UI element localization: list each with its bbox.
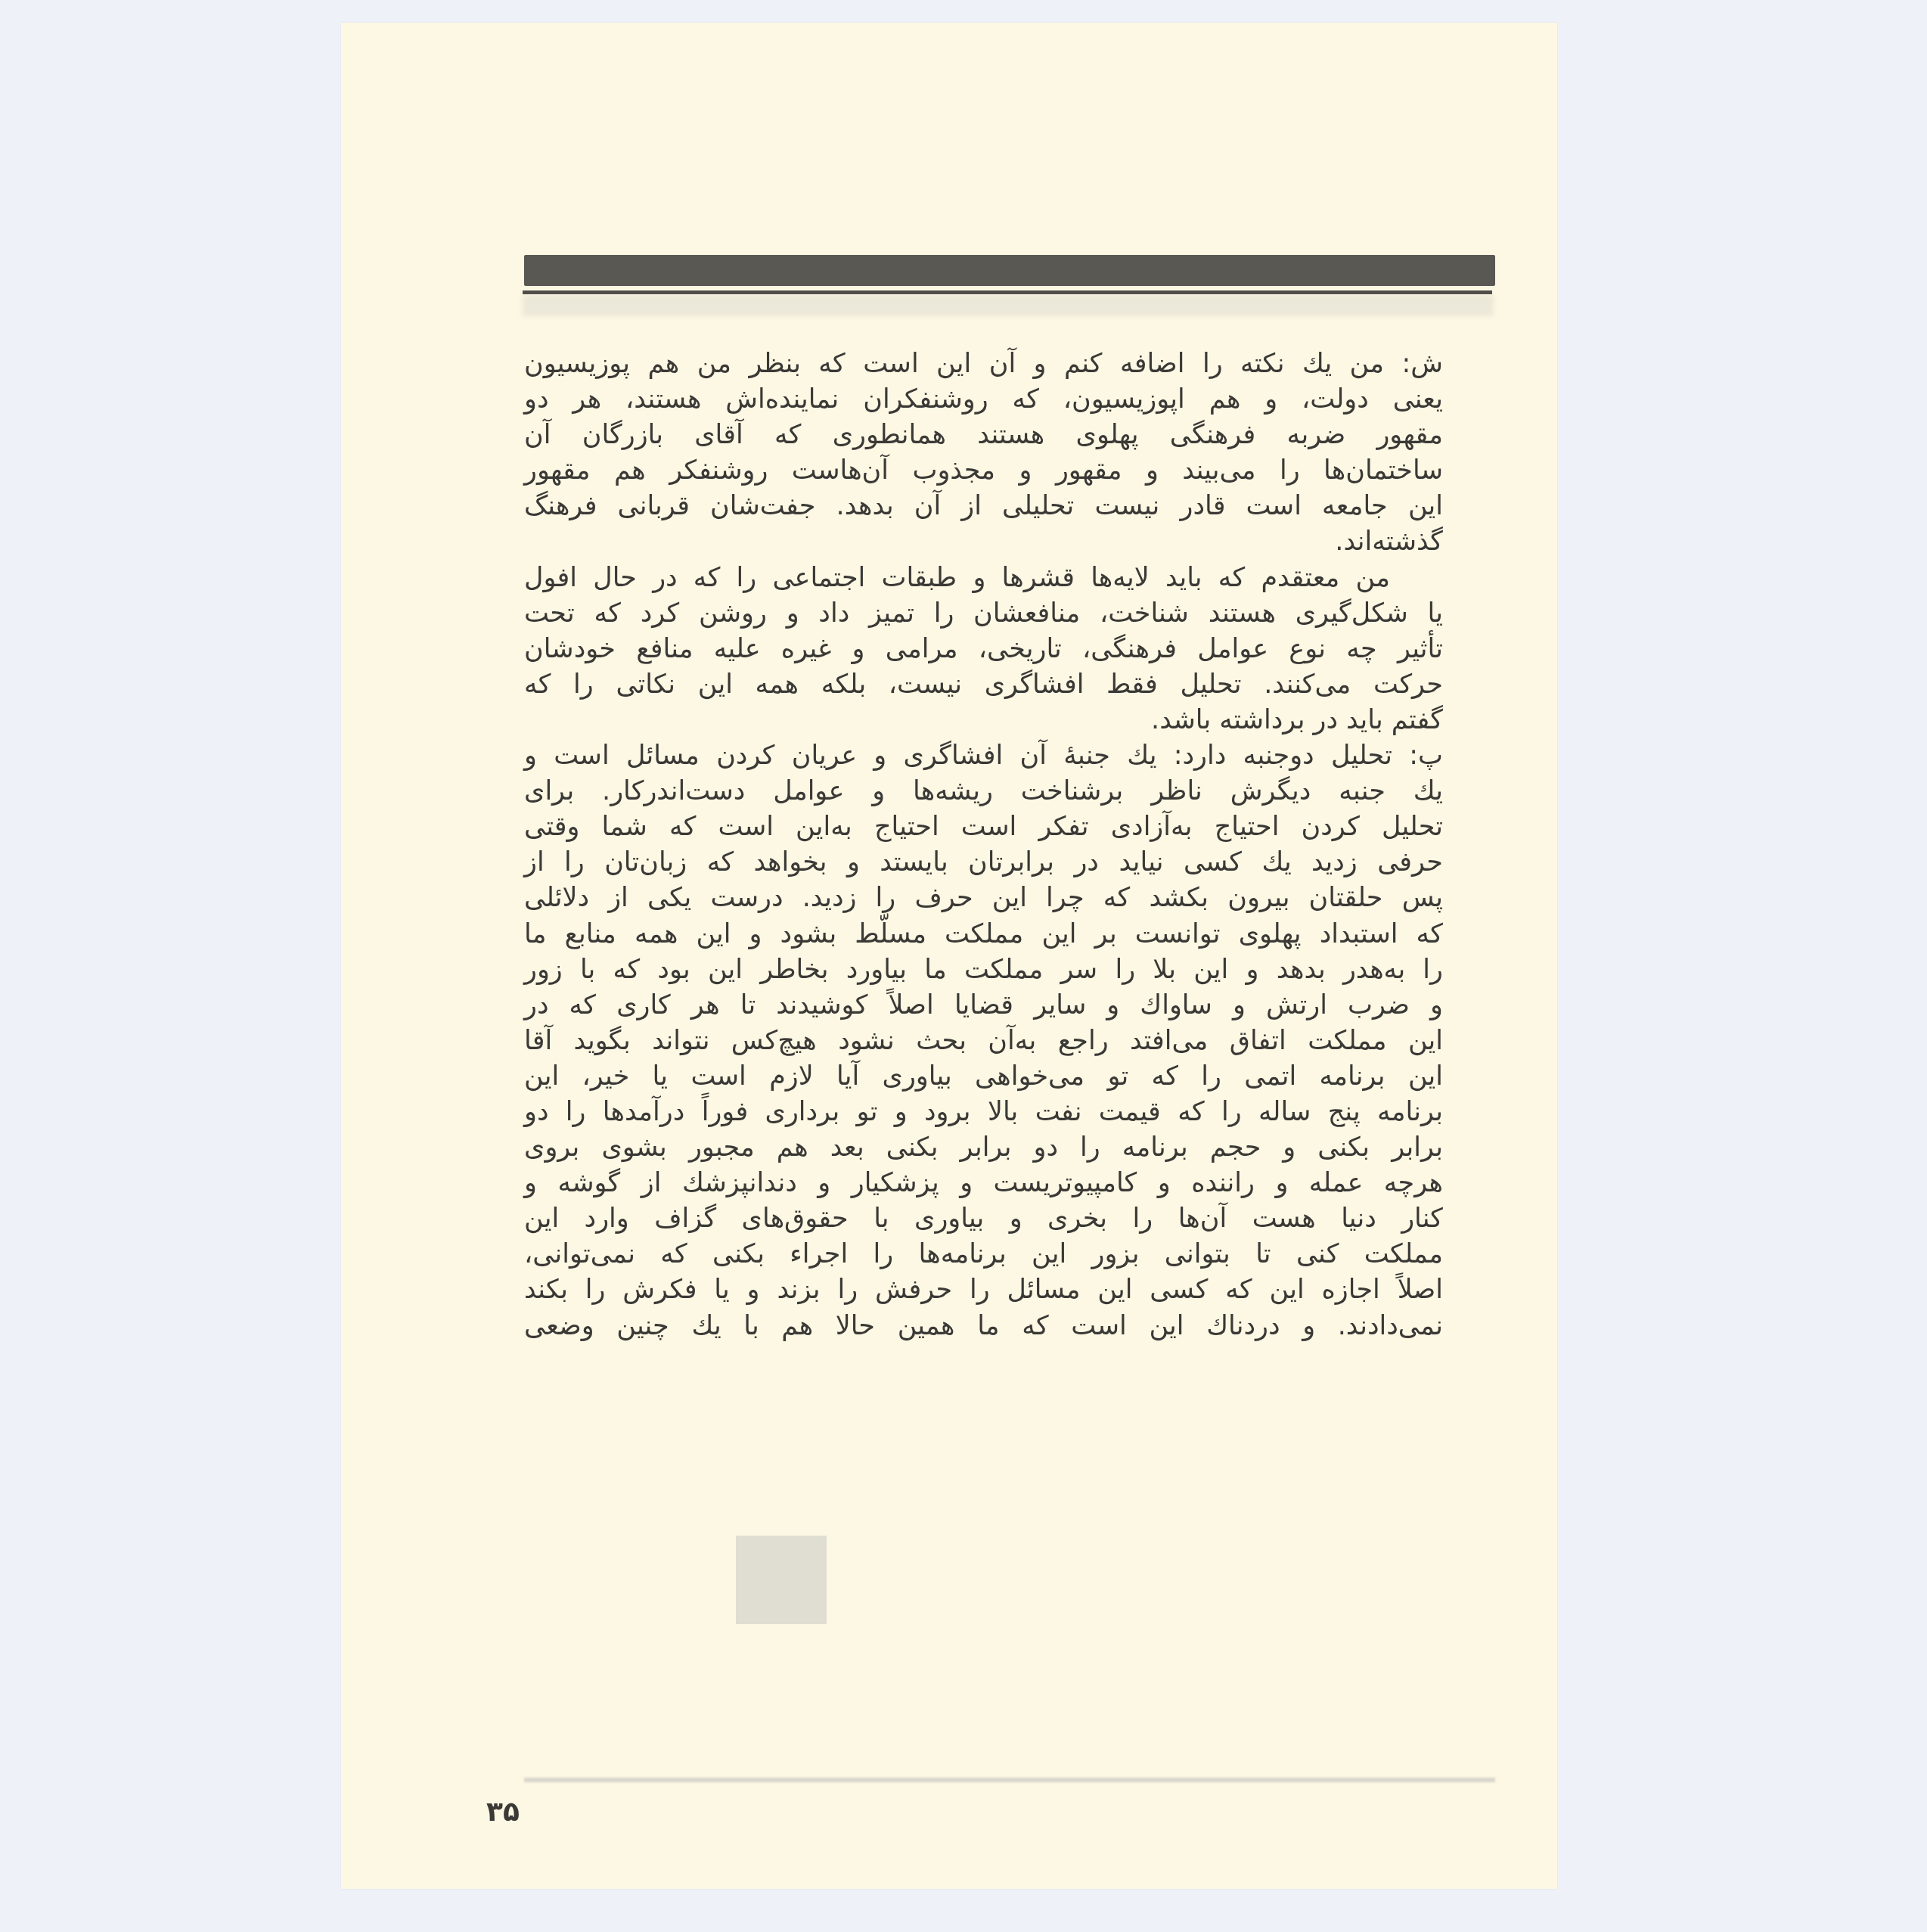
text-line: یعنی دولت، و هم اپوزیسیون، كه روشنفكران … xyxy=(524,382,1443,418)
text-line: یك جنبه دیگرش ناظر برشناخت ریشه‌ها و عوا… xyxy=(524,774,1443,809)
text-line: مملكت كنی تا بتوانی بزور این برنامه‌ها ر… xyxy=(524,1237,1443,1272)
text-line: این برنامه اتمی را كه تو می‌خواهی بیاوری… xyxy=(524,1059,1443,1095)
text-line: كنار دنیا هست آن‌ها را بخری و بیاوری با … xyxy=(524,1201,1443,1237)
text-line: برنامه پنج ساله را كه قیمت نفت بالا برود… xyxy=(524,1095,1443,1130)
text-line: كه استبداد پهلوی توانست بر این مملكت مسل… xyxy=(524,917,1443,952)
text-line: من معتقدم كه باید لایه‌ها قشرها و طبقات … xyxy=(524,561,1443,596)
text-line: پس حلقتان بیرون بكشد كه چرا این حرف را ز… xyxy=(524,881,1443,916)
text-line: هرچه عمله و راننده و كامپیوتریست و پزشكی… xyxy=(524,1166,1443,1201)
text-line: و ضرب ارتش و ساواك و سایر قضایا اصلاً كو… xyxy=(524,988,1443,1023)
book-page: ش: من يك نكته را اضافه كنم و آن این است … xyxy=(341,23,1557,1889)
text-line: گفتم باید در برداشته باشد. xyxy=(524,703,1443,738)
text-line: گذشته‌اند. xyxy=(524,524,1443,560)
text-line: ش: من يك نكته را اضافه كنم و آن این است … xyxy=(524,346,1443,382)
text-line: نمی‌دادند. و دردناك این است كه ما همین ح… xyxy=(524,1309,1443,1344)
header-rule xyxy=(523,290,1492,294)
text-line: این جامعه است قادر نیست تحلیلی از آن بده… xyxy=(524,489,1443,524)
text-line: را به‌هدر بدهد و این بلا را سر مملكت ما … xyxy=(524,952,1443,988)
text-line: ساختمان‌ها را می‌بیند و مقهور و مجذوب آن… xyxy=(524,453,1443,489)
text-line: تأثیر چه نوع عوامل فرهنگی، تاریخی، مرامی… xyxy=(524,632,1443,667)
body-text: ش: من يك نكته را اضافه كنم و آن این است … xyxy=(524,346,1443,1344)
bottom-rule xyxy=(524,1778,1495,1782)
text-line: تحلیل كردن احتیاج به‌آزادی تفكر است احتی… xyxy=(524,809,1443,845)
text-line: یا شكل‌گیری هستند شناخت، منافعشان را تمی… xyxy=(524,596,1443,632)
text-line: مقهور ضربه فرهنگی پهلوی هستند همانطوری ك… xyxy=(524,418,1443,453)
text-line: این مملكت اتفاق می‌افتد راجع به‌آن بحث ن… xyxy=(524,1023,1443,1059)
header-bar xyxy=(524,255,1495,286)
text-line: حرفی زدید یك كسی نیاید در برابرتان بایست… xyxy=(524,845,1443,881)
header-bleed-through xyxy=(523,295,1494,316)
text-line: حركت می‌كنند. تحلیل فقط افشاگری نیست، بل… xyxy=(524,667,1443,703)
bleed-through-square xyxy=(736,1536,827,1624)
text-line: اصلاً اجازه این كه كسی این مسائل را حرفش… xyxy=(524,1272,1443,1308)
text-line: پ: تحلیل دوجنبه دارد: یك جنبهٔ آن افشاگر… xyxy=(524,738,1443,774)
text-line: برابر بكنی و حجم برنامه را دو برابر بكنی… xyxy=(524,1130,1443,1166)
page-number: ۳۵ xyxy=(486,1797,520,1828)
